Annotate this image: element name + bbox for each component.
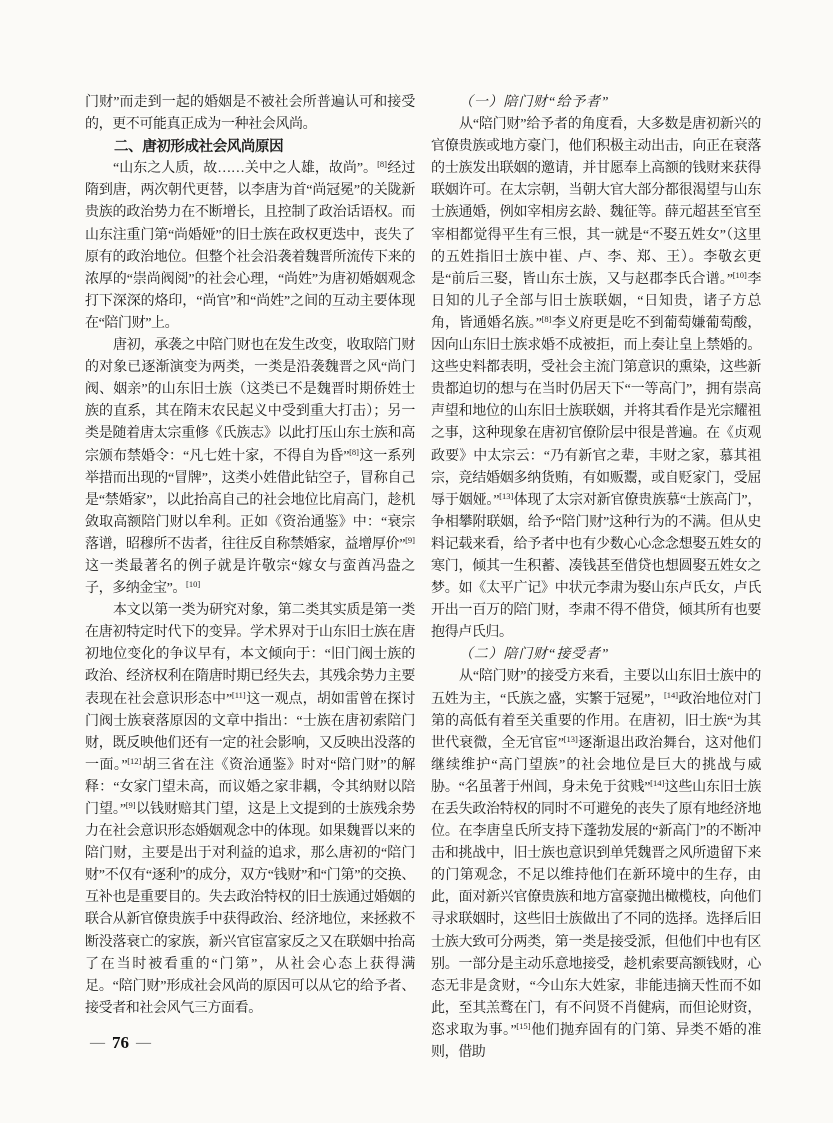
citation-ref: [14] — [664, 690, 678, 700]
citation-ref: [14] — [650, 778, 664, 788]
citation-ref: [11] — [232, 690, 246, 700]
two-column-text-area: 门财”而走到一起的婚姻是不被社会所普遍认可和接受的，更不可能真正成为一种社会风尚… — [85, 92, 761, 1064]
citation-ref: [10] — [186, 579, 200, 589]
citation-ref: [9] — [405, 535, 415, 545]
citation-ref: [13] — [499, 491, 513, 501]
paragraph: 唐初，承袭之中陪门财也在发生改变，收取陪门财的对象已逐渐演变为两类，一类是沿袭魏… — [85, 335, 415, 600]
citation-ref: [8] — [349, 447, 359, 457]
page-number: — 76 — — [90, 1033, 151, 1053]
section-heading: （二）陪门财“接受者” — [431, 644, 761, 666]
right-column: （一）陪门财“给予者”从“陪门财”给予者的角度看，大多数是唐初新兴的官僚贵族或地… — [431, 92, 761, 1064]
page-number-dash-left: — — [90, 1035, 105, 1052]
citation-ref: [10] — [733, 270, 747, 280]
page-number-dash-right: — — [136, 1035, 151, 1052]
citation-ref: [12] — [127, 756, 141, 766]
left-column: 门财”而走到一起的婚姻是不被社会所普遍认可和接受的，更不可能真正成为一种社会风尚… — [85, 92, 415, 1064]
paragraph: 门财”而走到一起的婚姻是不被社会所普遍认可和接受的，更不可能真正成为一种社会风尚… — [85, 92, 415, 136]
citation-ref: [13] — [564, 734, 578, 744]
citation-ref: [9] — [126, 800, 136, 810]
section-heading: （一）陪门财“给予者” — [431, 92, 761, 114]
section-heading: 二、唐初形成社会风尚原因 — [85, 136, 415, 158]
document-page: 门财”而走到一起的婚姻是不被社会所普遍认可和接受的，更不可能真正成为一种社会风尚… — [0, 0, 833, 1123]
paragraph: 从“陪门财”的接受方来看，主要以山东旧士族中的五姓为主，“氏族之盛，实繁于冠冕”… — [431, 666, 761, 1064]
citation-ref: [8] — [542, 314, 552, 324]
page-number-value: 76 — [112, 1033, 129, 1053]
paragraph: 从“陪门财”给予者的角度看，大多数是唐初新兴的官僚贵族或地方豪门，他们积极主动出… — [431, 114, 761, 644]
paragraph: “山东之人质，故……关中之人雄，故尚”。[8]经过隋到唐，两次朝代更替，以李唐为… — [85, 158, 415, 335]
paragraph: 本文以第一类为研究对象，第二类其实质是第一类在唐初特定时代下的变异。学术界对于山… — [85, 600, 415, 1020]
citation-ref: [8] — [377, 159, 387, 169]
citation-ref: [15] — [516, 1021, 530, 1031]
